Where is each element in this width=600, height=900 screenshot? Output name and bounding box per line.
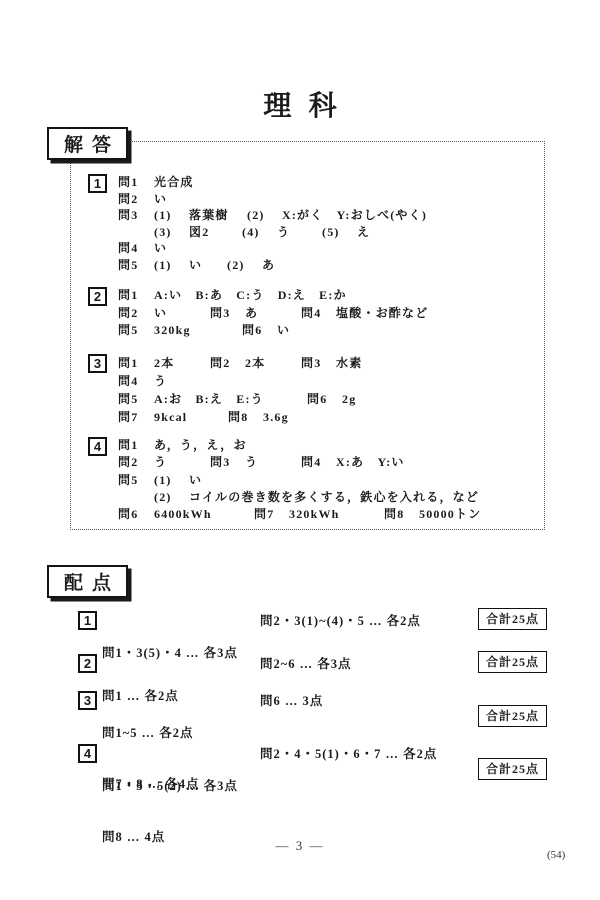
answer-line: 問1光合成 (118, 174, 427, 191)
answer-line: (2)コイルの巻き数を多くする，鉄心を入れる，など (118, 489, 481, 506)
question-label: 問6 (242, 322, 277, 340)
answer-value: い (189, 472, 202, 489)
question-label: 問4 (301, 305, 336, 323)
question-label: 問2 (118, 305, 154, 323)
answer-value: 320kWh (289, 506, 384, 523)
question-label: 問5 (118, 390, 154, 408)
sub-number: (1) (154, 472, 189, 489)
question-label: 問6 (118, 506, 154, 523)
sub-number: (2) (154, 489, 189, 506)
corner-number: (54) (547, 849, 565, 861)
question-label: 問2 (210, 354, 245, 372)
points-section-label: 配点 (47, 565, 128, 598)
question-label: 問6 (307, 390, 342, 408)
answer-value: あ (262, 257, 275, 274)
question-label: 問1 (118, 287, 154, 305)
question-label: 問7 (254, 506, 289, 523)
answer-line: (3)図2(4)う(5)え (118, 224, 427, 241)
question-number-box: 4 (88, 437, 107, 456)
answer-value: 6400kWh (154, 506, 254, 523)
question-label: 問1 (118, 174, 154, 191)
answer-line: 問2い問3あ問4塩酸・お酢など (118, 305, 428, 323)
question-label: 問5 (118, 322, 154, 340)
answer-line: 問3(1)落葉樹(2)X:がく Y:おしべ(やく) (118, 207, 427, 224)
question-number-box: 1 (88, 174, 107, 193)
answer-line: 問5320kg問6い (118, 322, 428, 340)
answer-value: コイルの巻き数を多くする，鉄心を入れる，など (189, 489, 479, 506)
question-label: 問2 (118, 454, 154, 471)
question-label: 問4 (301, 454, 336, 471)
answer-line: 問4い (118, 240, 427, 257)
answer-block-2: 2 問1A:い B:あ C:う D:え E:か 問2い問3あ問4塩酸・お酢など … (88, 287, 428, 340)
question-number-box: 1 (78, 611, 97, 630)
answer-line: 問66400kWh問7320kWh問850000トン (118, 506, 481, 523)
question-label: 問5 (118, 257, 154, 274)
question-label: 問1 (118, 437, 154, 454)
answer-value: 光合成 (154, 174, 194, 191)
question-label: 問5 (118, 472, 154, 489)
points-section-label-text: 配点 (64, 568, 120, 595)
answer-value: X:がく Y:おしべ(やく) (282, 207, 427, 224)
answer-value: 落葉樹 (189, 207, 247, 224)
sub-number: (5) (322, 224, 357, 241)
points-col2: 問2~6 … 各3点 (260, 654, 352, 672)
total-points-box: 合計25点 (478, 651, 547, 673)
answer-value: 9kcal (154, 408, 228, 426)
answer-line: 問2う問3う問4X:あ Y:い (118, 454, 481, 471)
question-label: 問7 (118, 408, 154, 426)
answer-value: A:お B:え E:う (154, 390, 307, 408)
total-points-box: 合計25点 (478, 705, 547, 727)
answer-value: 2本 (245, 354, 301, 372)
question-number-box: 4 (78, 744, 97, 763)
answer-value: い (154, 191, 167, 208)
total-points-box: 合計25点 (478, 608, 547, 630)
answer-value: う (245, 454, 301, 471)
page-number: — 3 — (0, 838, 600, 854)
points-col2: 問2・4・5(1)・6・7 … 各2点 (260, 744, 437, 762)
answer-value: 図2 (189, 224, 242, 241)
answer-value: 2本 (154, 354, 210, 372)
sub-number: (1) (154, 257, 189, 274)
question-label: 問4 (118, 240, 154, 257)
scanned-answer-page: 理科 解答 1 問1光合成 問2い 問3(1)落葉樹(2)X:がく Y:おしべ(… (0, 0, 600, 900)
answer-value: 水素 (336, 354, 362, 372)
answer-line: 問5(1)い (118, 472, 481, 489)
answer-value: い (277, 322, 290, 340)
answer-line: 問1あ，う，え，お (118, 437, 481, 454)
question-label: 問8 (384, 506, 419, 523)
sub-number: (1) (154, 207, 189, 224)
points-text: 問1・3・5(2) … 各3点 (102, 778, 547, 795)
question-number-box: 2 (88, 287, 107, 306)
answer-value: 320kg (154, 322, 242, 340)
sub-number: (2) (247, 207, 282, 224)
answer-value: X:あ Y:い (336, 454, 405, 471)
page-title: 理科 (0, 84, 600, 124)
total-points-box: 合計25点 (478, 758, 547, 780)
sub-number: (3) (154, 224, 189, 241)
question-label: 問3 (118, 207, 154, 224)
question-label: 問2 (118, 191, 154, 208)
sub-number: (2) (227, 257, 262, 274)
answer-line: 問5(1)い(2)あ (118, 257, 427, 274)
answer-value: 塩酸・お酢など (336, 305, 428, 323)
question-label: 問3 (210, 305, 245, 323)
question-number-box: 2 (78, 654, 97, 673)
answer-line: 問79kcal問83.6g (118, 408, 362, 426)
answer-value: い (154, 240, 167, 257)
answer-value: う (154, 372, 167, 390)
answer-value: 3.6g (263, 408, 289, 426)
question-label: 問4 (118, 372, 154, 390)
answers-section-label-text: 解答 (64, 130, 120, 157)
answer-lines: 問1光合成 問2い 問3(1)落葉樹(2)X:がく Y:おしべ(やく) (3)図… (118, 174, 427, 273)
answer-value: 2g (342, 390, 356, 408)
answer-block-4: 4 問1あ，う，え，お 問2う問3う問4X:あ Y:い 問5(1)い (2)コイ… (88, 437, 481, 523)
question-label: 問3 (301, 354, 336, 372)
answer-value: え (357, 224, 370, 241)
points-text: 問1~5 … 各2点 (102, 725, 547, 742)
points-col2: 問2・3(1)~(4)・5 … 各2点 (260, 611, 421, 629)
points-row-4: 4 問1・3・5(2) … 各3点 問8 … 4点 問2・4・5(1)・6・7 … (78, 744, 547, 880)
answer-line: 問2い (118, 191, 427, 208)
answer-value: A:い B:あ C:う D:え E:か (154, 287, 347, 305)
sub-number: (4) (242, 224, 277, 241)
answer-value: あ (245, 305, 301, 323)
question-label: 問3 (210, 454, 245, 471)
question-number-box: 3 (88, 354, 107, 373)
answer-lines: 問12本問22本問3水素 問4う 問5A:お B:え E:う問62g 問79kc… (118, 354, 362, 426)
answer-value: あ，う，え，お (154, 437, 247, 454)
question-number-box: 3 (78, 691, 97, 710)
points-col2: 問6 … 3点 (260, 691, 323, 709)
answer-line: 問5A:お B:え E:う問62g (118, 390, 362, 408)
answer-value: う (277, 224, 322, 241)
answer-block-3: 3 問12本問22本問3水素 問4う 問5A:お B:え E:う問62g 問79… (88, 354, 362, 426)
answer-line: 問1A:い B:あ C:う D:え E:か (118, 287, 428, 305)
answer-value: い (189, 257, 227, 274)
answer-value: う (154, 454, 210, 471)
answer-value: 50000トン (419, 506, 481, 523)
question-label: 問1 (118, 354, 154, 372)
answer-block-1: 1 問1光合成 問2い 問3(1)落葉樹(2)X:がく Y:おしべ(やく) (3… (88, 174, 427, 273)
answer-line: 問4う (118, 372, 362, 390)
answer-lines: 問1あ，う，え，お 問2う問3う問4X:あ Y:い 問5(1)い (2)コイルの… (118, 437, 481, 523)
answer-line: 問12本問22本問3水素 (118, 354, 362, 372)
answer-lines: 問1A:い B:あ C:う D:え E:か 問2い問3あ問4塩酸・お酢など 問5… (118, 287, 428, 340)
answer-value: い (154, 305, 210, 323)
question-label: 問8 (228, 408, 263, 426)
answers-section-label: 解答 (47, 127, 128, 160)
